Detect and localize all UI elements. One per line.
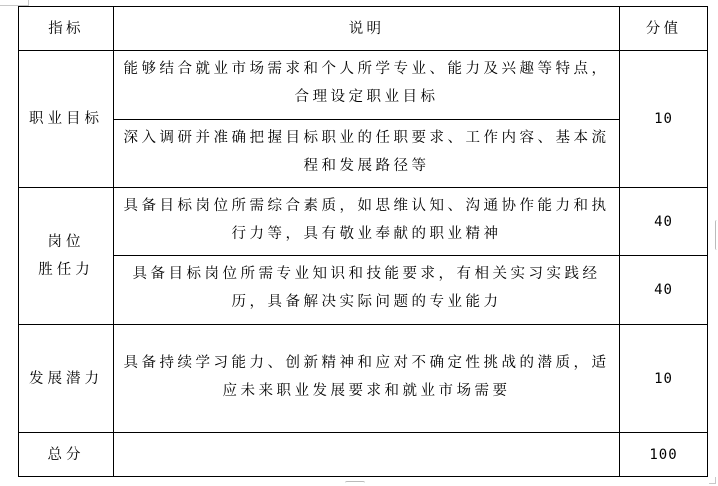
table-total-row: 总分 100 [19,433,708,477]
score-cell: 10 [620,325,708,433]
description-line: 具备目标岗位所需专业知识和技能要求，有相关实习实践经 [122,260,611,288]
table-row: 发展潜力 具备持续学习能力、创新精神和应对不确定性挑战的潜质，适 应未来职业发展… [19,325,708,433]
total-label: 总分 [19,433,114,477]
table-header-row: 指标 说明 分值 [19,7,708,51]
table-row: 具备目标岗位所需专业知识和技能要求，有相关实习实践经 历，具备解决实际问题的专业… [19,256,708,325]
description-cell: 能够结合就业市场需求和个人所学专业、能力及兴趣等特点， 合理设定职业目标 [114,51,620,120]
description-cell: 具备持续学习能力、创新精神和应对不确定性挑战的潜质，适 应未来职业发展要求和就业… [114,325,620,433]
description-line: 应未来职业发展要求和就业市场需要 [122,377,611,405]
description-cell: 具备目标岗位所需综合素质，如思维认知、沟通协作能力和执 行力等，具有敬业奉献的职… [114,188,620,256]
table-row: 岗位 胜任力 具备目标岗位所需综合素质，如思维认知、沟通协作能力和执 行力等，具… [19,188,708,256]
score-cell: 40 [620,256,708,325]
description-line: 行力等，具有敬业奉献的职业精神 [122,220,611,248]
header-indicator: 指标 [19,7,114,51]
description-line: 深入调研并准确把握目标职业的任职要求、工作内容、基本流 [122,124,611,152]
header-score: 分值 [620,7,708,51]
description-line: 能够结合就业市场需求和个人所学专业、能力及兴趣等特点， [122,55,611,83]
table-row: 职业目标 能够结合就业市场需求和个人所学专业、能力及兴趣等特点， 合理设定职业目… [19,51,708,120]
table-row: 深入调研并准确把握目标职业的任职要求、工作内容、基本流 程和发展路径等 [19,120,708,188]
total-description [114,433,620,477]
total-score: 100 [620,433,708,477]
scoring-table: 指标 说明 分值 职业目标 能够结合就业市场需求和个人所学专业、能力及兴趣等特点… [18,6,708,477]
description-cell: 具备目标岗位所需专业知识和技能要求，有相关实习实践经 历，具备解决实际问题的专业… [114,256,620,325]
resize-grip-icon[interactable] [709,477,716,484]
description-line: 历，具备解决实际问题的专业能力 [122,288,611,316]
score-cell: 40 [620,188,708,256]
indicator-career-goal: 职业目标 [19,51,114,188]
scroll-edge-mark-bottom [345,481,365,485]
indicator-job-competency: 岗位 胜任力 [19,188,114,325]
indicator-line: 岗位 [19,228,113,256]
indicator-development-potential: 发展潜力 [19,325,114,433]
description-line: 具备持续学习能力、创新精神和应对不确定性挑战的潜质，适 [122,349,611,377]
header-description: 说明 [114,7,620,51]
description-line: 程和发展路径等 [122,152,611,180]
description-line: 合理设定职业目标 [122,83,611,111]
score-cell: 10 [620,51,708,188]
description-cell: 深入调研并准确把握目标职业的任职要求、工作内容、基本流 程和发展路径等 [114,120,620,188]
description-line: 具备目标岗位所需综合素质，如思维认知、沟通协作能力和执 [122,192,611,220]
indicator-line: 胜任力 [19,256,113,284]
